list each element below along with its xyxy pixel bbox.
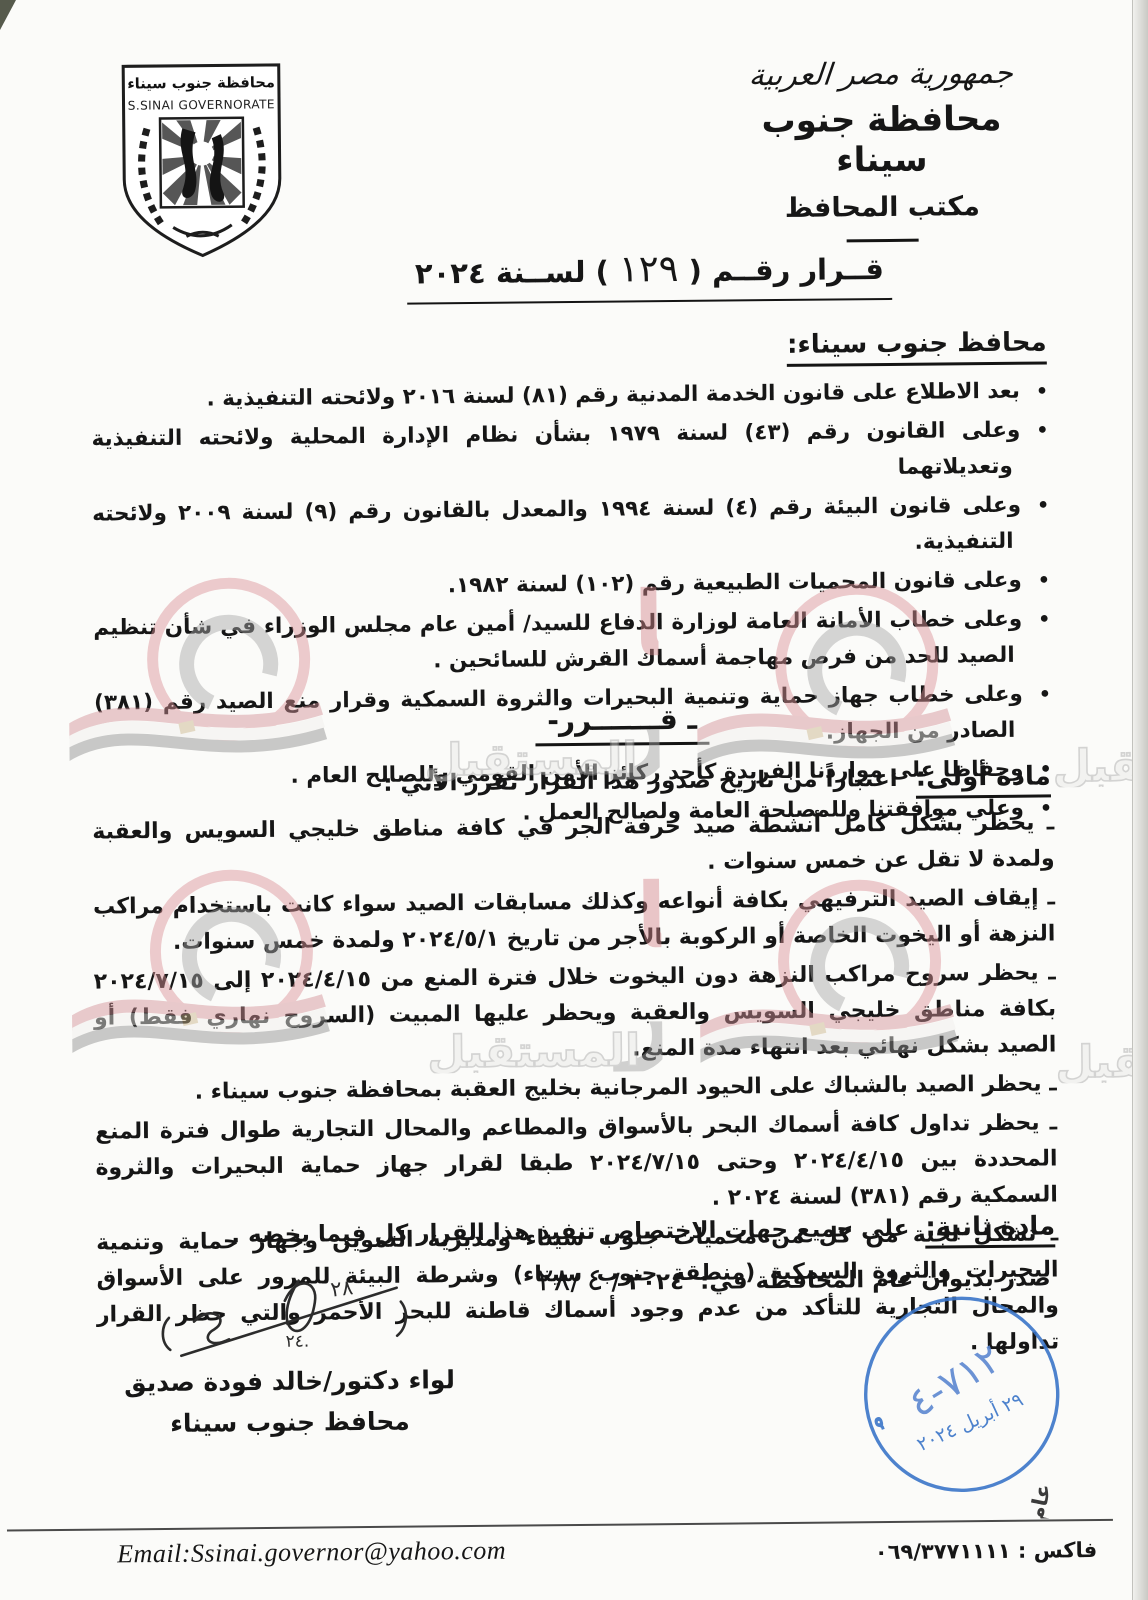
footer-divider bbox=[7, 1519, 1113, 1532]
preamble-heading: محافظ جنوب سيناء: bbox=[787, 327, 1047, 366]
governorate-emblem: محافظة جنوب سيناء S.SINAI GOVERNORATE bbox=[115, 59, 289, 263]
svg-text:.٢٤: .٢٤ bbox=[285, 1332, 309, 1352]
preamble-item: وعلى خطاب الأمانة العامة لوزارة الدفاع ل… bbox=[93, 601, 1051, 682]
article1-item: إيقاف الصيد الترفيهي بكافة أنواعه وكذلك … bbox=[93, 880, 1056, 961]
decision-word: ـ قـــــــرر- bbox=[535, 703, 709, 747]
fax-line: فاكس : ٠٦٩/٣٧٧١١١١ bbox=[875, 1538, 1098, 1564]
decree-title-prefix: قــرار رقــم ( bbox=[689, 252, 885, 288]
republic-name: جمهورية مصر العربية bbox=[714, 55, 1047, 93]
email-address: Email:Ssinai.governor@yahoo.com bbox=[117, 1536, 506, 1570]
governor-name: لواء دكتور/خالد فودة صديق bbox=[121, 1365, 457, 1397]
signature-block: ٢٨ .٢٤ لواء دكتور/خالد فودة صديق محافظ ج… bbox=[120, 1259, 458, 1438]
article1-item: يحظر تداول كافة أسماك البحر بالأسواق وال… bbox=[95, 1105, 1058, 1222]
decree-number-handwritten: ١٢٩ bbox=[619, 247, 679, 291]
header-divider bbox=[847, 239, 919, 243]
letterhead: جمهورية مصر العربية محافظة جنوب سيناء مك… bbox=[716, 55, 1048, 243]
emblem-arabic-text: محافظة جنوب سيناء bbox=[127, 74, 275, 92]
fax-number: ٠٦٩/٣٧٧١١١١ bbox=[875, 1539, 1011, 1564]
emblem-english-text: S.SINAI GOVERNORATE bbox=[128, 97, 275, 112]
article1-label: مادة أولى: bbox=[916, 761, 1051, 798]
office-stamp: مكتـب المحافـظة ٤-٧١٢ ٢٩ أبريل ٢٠٢٤ عام bbox=[843, 1273, 1085, 1524]
preamble-item: وعلى قانون البيئة رقم (٤) لسنة ١٩٩٤ والم… bbox=[92, 487, 1050, 568]
governor-signature: ٢٨ .٢٤ bbox=[138, 1259, 439, 1362]
article1-item: يحظر سروح مراكب النزهة دون اليخوت خلال ف… bbox=[94, 955, 1057, 1072]
round-stamp-icon: مكتـب المحافـظة ٤-٧١٢ ٢٩ أبريل ٢٠٢٤ عام bbox=[843, 1273, 1085, 1520]
article1-item: يحظر الصيد بالشباك على الحيود المرجانية … bbox=[95, 1066, 1057, 1111]
decree-title-suffix: ) لســنة ٢٠٢٤ bbox=[415, 255, 609, 291]
preamble-item: بعد الاطلاع على قانون الخدمة المدنية رقم… bbox=[91, 373, 1048, 418]
governor-title: محافظ جنوب سيناء bbox=[122, 1406, 458, 1438]
article1-intro: اعتباراً من تاريخ صدور هذا القرار تقرر ا… bbox=[383, 766, 898, 797]
scan-edge-artifact bbox=[1132, 0, 1148, 1600]
article2-label: مادة ثانية: bbox=[925, 1211, 1055, 1248]
svg-text:٢٨: ٢٨ bbox=[329, 1275, 354, 1301]
preamble-item: وعلى القانون رقم (٤٣) لسنة ١٩٧٩ بشأن نظا… bbox=[91, 412, 1049, 493]
article1-item: يحظر بشكل كامل أنشطة صيد حرفة الجر في كا… bbox=[92, 805, 1055, 886]
article2-text: على جميع جهات الاختصاص تنفيذ هذا القرار … bbox=[231, 1216, 909, 1249]
preamble-item: وعلى قانون المحميات الطبيعية رقم (١٠٢) ل… bbox=[93, 562, 1050, 607]
decree-title: قــرار رقــم ( ١٢٩ ) لســنة ٢٠٢٤ bbox=[407, 245, 892, 305]
scan-corner-artifact bbox=[0, 0, 16, 30]
issued-date: ٢٠٢٤ / ٤ /٢٨ bbox=[537, 1261, 684, 1298]
article1-heading: مادة أولى: اعتباراً من تاريخ صدور هذا ال… bbox=[383, 761, 1051, 797]
governorate-name: محافظة جنوب سيناء bbox=[716, 98, 1047, 181]
shield-emblem-icon: محافظة جنوب سيناء S.SINAI GOVERNORATE bbox=[115, 59, 289, 263]
fax-label: فاكس : bbox=[1018, 1538, 1097, 1563]
office-name: مكتب المحافظ bbox=[717, 190, 1047, 224]
decree-document: محافظة جنوب سيناء S.SINAI GOVERNORATE جم… bbox=[0, 0, 1148, 1600]
stamp-side-text: عام bbox=[1025, 1482, 1056, 1521]
